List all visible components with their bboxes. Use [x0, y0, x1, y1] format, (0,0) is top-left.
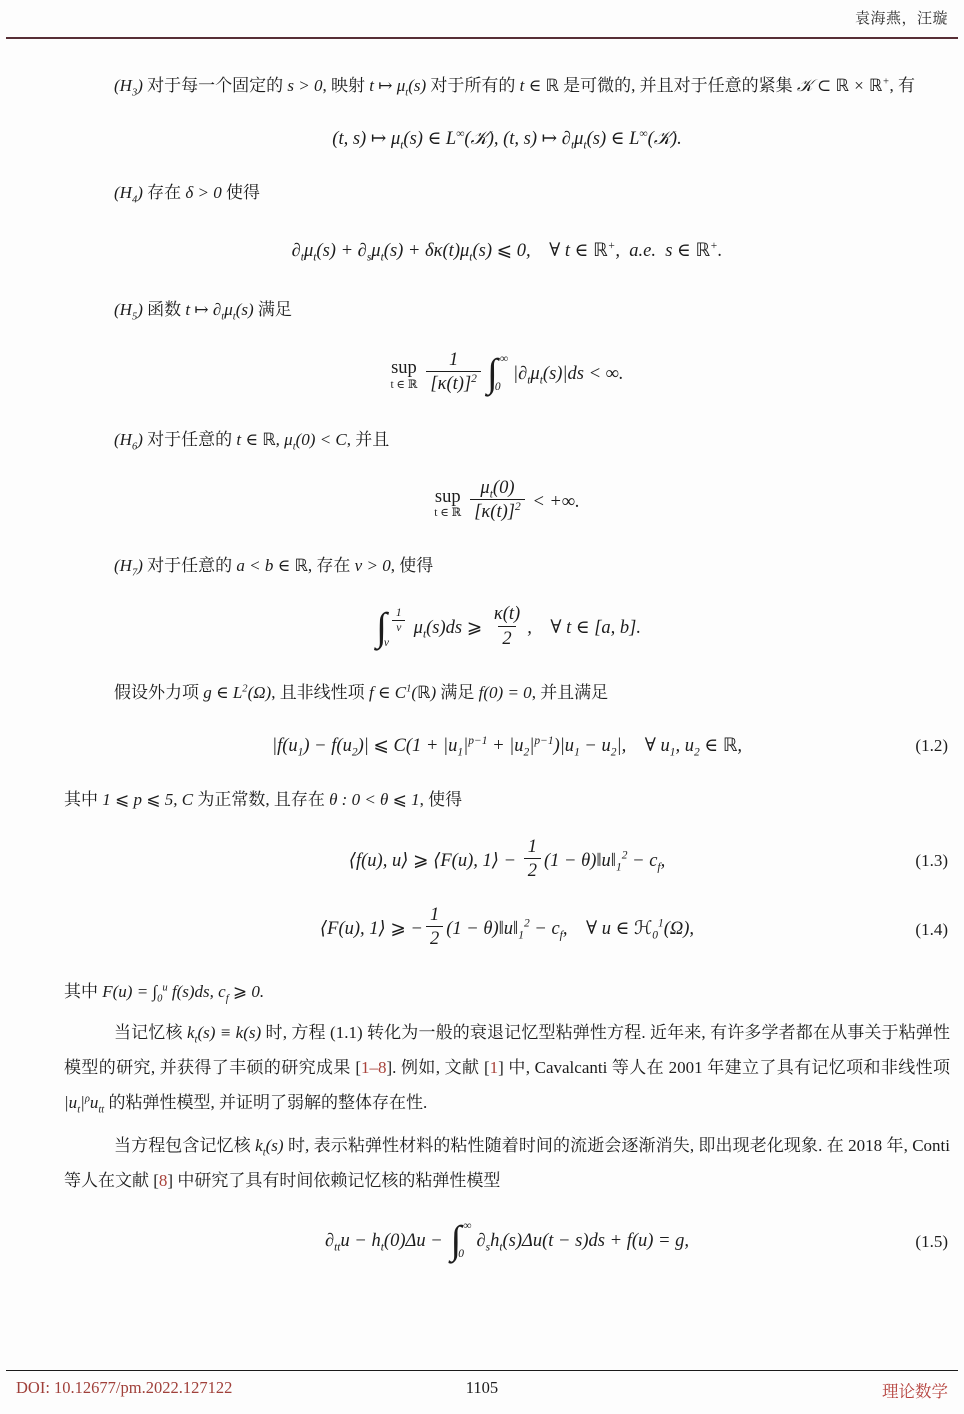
aging-paragraph: 当方程包含记忆核 kt(s) 时, 表示粘弹性材料的粘性随着时间的流逝会逐渐消失… — [64, 1128, 950, 1198]
citation-ref[interactable]: 1 — [490, 1058, 499, 1077]
equation-1-3-row: ⟨f(u), u⟩ ⩾ ⟨F(u), 1⟩ − 12(1 − θ)‖u‖12 −… — [64, 838, 950, 885]
authors-text: 袁海燕，汪璇 — [0, 0, 964, 28]
equation-number-1-4: (1.4) — [915, 920, 948, 940]
journal-name: 理论数学 — [882, 1378, 948, 1402]
citation-ref[interactable]: 8 — [159, 1171, 168, 1190]
where-F-definition: 其中 F(u) = ∫0u f(s)ds, cf ⩾ 0. — [64, 974, 950, 1009]
footer-row: DOI: 10.12677/pm.2022.127122 1105 理论数学 — [0, 1371, 964, 1398]
theta-condition-paragraph: 其中 1 ⩽ p ⩽ 5, C 为正常数, 且存在 θ : 0 < θ ⩽ 1,… — [64, 782, 950, 817]
equation-h3: (t, s) ↦ μt(s) ∈ L∞(𝒦), (t, s) ↦ ∂tμt(s)… — [332, 128, 681, 150]
equation-1-2-row: |f(u1) − f(u2)| ⩽ C(1 + |u1|p−1 + |u2|p−… — [64, 731, 950, 761]
equation-h5-row: supt ∈ ℝ1[κ(t)]2∫∞0|∂tμt(s)|ds < ∞. — [64, 351, 950, 398]
equation-1-4-row: ⟨F(u), 1⟩ ⩾ −12(1 − θ)‖u‖12 − cf, ∀ u ∈ … — [64, 906, 950, 953]
equation-1-5: ∂ttu − ht(0)Δu − ∫∞0∂sht(s)Δu(t − s)ds +… — [325, 1222, 689, 1261]
citation-ref[interactable]: 1–8 — [361, 1058, 387, 1077]
equation-number-1-5: (1.5) — [915, 1232, 948, 1252]
assumption-paragraph: 假设外力项 g ∈ L2(Ω), 且非线性项 f ∈ C1(ℝ) 满足 f(0)… — [64, 675, 950, 710]
page-number: 1105 — [0, 1378, 964, 1398]
history-paragraph: 当记忆核 kt(s) ≡ k(s) 时, 方程 (1.1) 转化为一般的衰退记忆… — [64, 1015, 950, 1120]
page-header: 袁海燕，汪璇 — [0, 0, 964, 39]
equation-h4: ∂tμt(s) + ∂sμt(s) + δκ(t)μt(s) ⩽ 0, ∀ t … — [292, 240, 723, 262]
header-rule — [6, 37, 958, 39]
equation-1-3: ⟨f(u), u⟩ ⩾ ⟨F(u), 1⟩ − 12(1 − θ)‖u‖12 −… — [349, 838, 665, 885]
equation-number-1-3: (1.3) — [915, 851, 948, 871]
equation-number-1-2: (1.2) — [915, 736, 948, 756]
equation-h3-row: (t, s) ↦ μt(s) ∈ L∞(𝒦), (t, s) ↦ ∂tμt(s)… — [64, 124, 950, 154]
equation-h7: ∫1ννμt(s)ds ⩾ κ(t)2, ∀ t ∈ [a, b]. — [373, 605, 641, 652]
hypothesis-h5-text: (H5) 函数 t ↦ ∂tμt(s) 满足 — [64, 292, 950, 327]
paper-body: (H3) 对于每一个固定的 s > 0, 映射 t ↦ μt(s) 对于所有的 … — [64, 54, 950, 1285]
page-footer: DOI: 10.12677/pm.2022.127122 1105 理论数学 — [0, 1370, 964, 1414]
equation-h7-row: ∫1ννμt(s)ds ⩾ κ(t)2, ∀ t ∈ [a, b]. — [64, 605, 950, 652]
hypothesis-h3-text: (H3) 对于每一个固定的 s > 0, 映射 t ↦ μt(s) 对于所有的 … — [64, 68, 950, 103]
equation-h6-row: supt ∈ ℝμt(0)[κ(t)]2 < +∞. — [64, 479, 950, 526]
equation-1-2: |f(u1) − f(u2)| ⩽ C(1 + |u1|p−1 + |u2|p−… — [272, 735, 742, 757]
paper-page: 袁海燕，汪璇 (H3) 对于每一个固定的 s > 0, 映射 t ↦ μt(s)… — [0, 0, 964, 1414]
equation-h6: supt ∈ ℝμt(0)[κ(t)]2 < +∞. — [434, 479, 579, 526]
equation-1-5-row: ∂ttu − ht(0)Δu − ∫∞0∂sht(s)Δu(t − s)ds +… — [64, 1222, 950, 1261]
equation-h4-row: ∂tμt(s) + ∂sμt(s) + δκ(t)μt(s) ⩽ 0, ∀ t … — [64, 236, 950, 266]
hypothesis-h7-text: (H7) 对于任意的 a < b ∈ ℝ, 存在 ν > 0, 使得 — [64, 548, 950, 583]
hypothesis-h4-text: (H4) 存在 δ > 0 使得 — [64, 175, 950, 210]
equation-1-4: ⟨F(u), 1⟩ ⩾ −12(1 − θ)‖u‖12 − cf, ∀ u ∈ … — [320, 906, 694, 953]
equation-h5: supt ∈ ℝ1[κ(t)]2∫∞0|∂tμt(s)|ds < ∞. — [390, 351, 623, 398]
hypothesis-h6-text: (H6) 对于任意的 t ∈ ℝ, μt(0) < C, 并且 — [64, 422, 950, 457]
